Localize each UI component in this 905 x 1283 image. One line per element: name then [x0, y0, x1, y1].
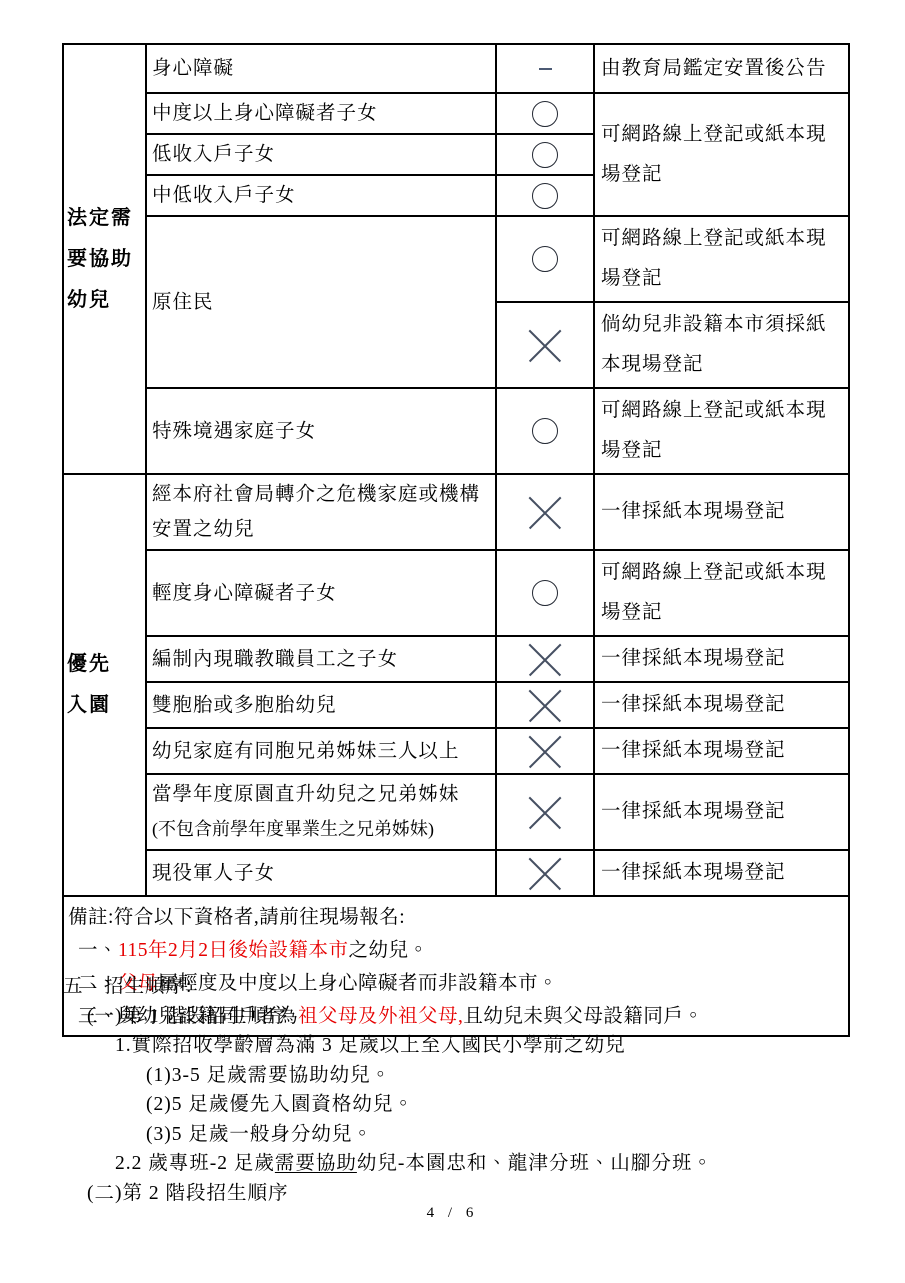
outline-line: (一)第 1 階段招生順序	[63, 1002, 713, 1032]
outline-line: (2)5 足歲優先入園資格幼兒。	[63, 1090, 713, 1120]
outline-line: 2.2 歲專班-2 足歲需要協助幼兒-本園忠和、龍津分班、山腳分班。	[63, 1149, 713, 1179]
circle-symbol-icon	[532, 580, 558, 606]
qualification-text: 雙胞胎或多胞胎幼兒	[152, 695, 337, 716]
symbol-cell	[496, 388, 594, 474]
qualification-cell: 中低收入戶子女	[146, 175, 496, 216]
table-row: 優先入園經本府社會局轉介之危機家庭或機構安置之幼兒一律採紙本現場登記	[63, 474, 849, 550]
category-label-line: 幼兒	[67, 280, 145, 321]
symbol-cell	[496, 728, 594, 774]
remark-text: 一、	[78, 940, 118, 961]
note-cell: 可網路線上登記或紙本現場登記	[594, 388, 849, 474]
qualification-text: 當學年度原園直升幼兒之兄弟姊妹	[152, 784, 460, 805]
qualification-text: 原住民	[152, 292, 214, 313]
table-row: 幼兒家庭有同胞兄弟姊妹三人以上一律採紙本現場登記	[63, 728, 849, 774]
note-cell: 由教育局鑑定安置後公告	[594, 44, 849, 93]
note-cell: 一律採紙本現場登記	[594, 682, 849, 728]
qualification-text: 身心障礙	[152, 58, 234, 79]
qualification-cell: 雙胞胎或多胞胎幼兒	[146, 682, 496, 728]
outline-text: (1)3-5 足歲需要協助幼兒。	[146, 1065, 391, 1086]
table-row: 當學年度原園直升幼兒之兄弟姊妹(不包含前學年度畢業生之兄弟姊妹)一律採紙本現場登…	[63, 774, 849, 850]
table-row: 中度以上身心障礙者子女可網路線上登記或紙本現場登記	[63, 93, 849, 134]
qualification-text: 現役軍人子女	[152, 863, 275, 884]
remark-text: 備註:符合以下資格者,請前往現場報名:	[68, 907, 405, 928]
circle-symbol-icon	[532, 246, 558, 272]
note-cell: 一律採紙本現場登記	[594, 728, 849, 774]
qualification-text: 幼兒家庭有同胞兄弟姊妹三人以上	[152, 741, 460, 762]
qualification-cell: 原住民	[146, 216, 496, 388]
note-cell: 可網路線上登記或紙本現場登記	[594, 216, 849, 302]
outline-line: 1.實際招收學齡層為滿 3 足歲以上至入國民小學前之幼兒	[63, 1031, 713, 1061]
symbol-cell	[496, 175, 594, 216]
table-row: 雙胞胎或多胞胎幼兒一律採紙本現場登記	[63, 682, 849, 728]
cross-symbol-icon	[529, 796, 561, 828]
qualification-cell: 輕度身心障礙者子女	[146, 550, 496, 636]
qualification-cell: 特殊境遇家庭子女	[146, 388, 496, 474]
outline-text: 幼兒-本園忠和、龍津分班、山腳分班。	[357, 1153, 713, 1174]
table-row: 現役軍人子女一律採紙本現場登記	[63, 850, 849, 896]
enrollment-order-section: 五、招生順序:(一)第 1 階段招生順序1.實際招收學齡層為滿 3 足歲以上至入…	[63, 972, 713, 1208]
note-cell: 可網路線上登記或紙本現場登記	[594, 550, 849, 636]
circle-symbol-icon	[532, 142, 558, 168]
outline-line: 五、招生順序:	[63, 972, 713, 1002]
outline-text: (2)5 足歲優先入園資格幼兒。	[146, 1094, 414, 1115]
note-cell: 可網路線上登記或紙本現場登記	[594, 93, 849, 216]
qualification-cell: 中度以上身心障礙者子女	[146, 93, 496, 134]
table-row: 特殊境遇家庭子女可網路線上登記或紙本現場登記	[63, 388, 849, 474]
qualification-text: 經本府社會局轉介之危機家庭或機構安置之幼兒	[152, 484, 480, 540]
qualification-cell: 幼兒家庭有同胞兄弟姊妹三人以上	[146, 728, 496, 774]
note-cell: 一律採紙本現場登記	[594, 774, 849, 850]
category-label-line: 優先	[67, 644, 145, 685]
table-row: 編制內現職教職員工之子女一律採紙本現場登記	[63, 636, 849, 682]
circle-symbol-icon	[532, 101, 558, 127]
symbol-cell	[496, 474, 594, 550]
remark-text: 之幼兒。	[349, 940, 429, 961]
cross-symbol-icon	[529, 735, 561, 767]
remark-highlight-text: 115年2月2日後始設籍本市	[118, 940, 349, 961]
symbol-cell	[496, 550, 594, 636]
remark-line: 備註:符合以下資格者,請前往現場報名:	[68, 901, 842, 934]
qualification-text: 低收入戶子女	[152, 144, 275, 165]
outline-text: 2.2 歲專班-2 足歲	[115, 1153, 275, 1174]
note-cell: 一律採紙本現場登記	[594, 850, 849, 896]
cross-symbol-icon	[529, 689, 561, 721]
table-row: 輕度身心障礙者子女可網路線上登記或紙本現場登記	[63, 550, 849, 636]
qualification-cell: 低收入戶子女	[146, 134, 496, 175]
page-number: 4 / 6	[0, 1205, 905, 1222]
cross-symbol-icon	[529, 329, 561, 361]
category-label-line: 法定需	[67, 198, 145, 239]
note-cell: 倘幼兒非設籍本市須採紙本現場登記	[594, 302, 849, 388]
outline-text: (一)第 1 階段招生順序	[87, 1006, 289, 1027]
qualification-cell: 現役軍人子女	[146, 850, 496, 896]
outline-line: (1)3-5 足歲需要協助幼兒。	[63, 1061, 713, 1091]
qualification-cell: 經本府社會局轉介之危機家庭或機構安置之幼兒	[146, 474, 496, 550]
symbol-cell	[496, 682, 594, 728]
qualification-cell: 身心障礙	[146, 44, 496, 93]
symbol-cell	[496, 44, 594, 93]
outline-line: (二)第 2 階段招生順序	[63, 1179, 713, 1209]
remark-line: 一、115年2月2日後始設籍本市之幼兒。	[68, 934, 842, 967]
symbol-cell	[496, 774, 594, 850]
symbol-cell	[496, 134, 594, 175]
qualification-text: 特殊境遇家庭子女	[152, 421, 316, 442]
qualification-text: 中度以上身心障礙者子女	[152, 103, 378, 124]
category-cell: 優先入園	[63, 474, 146, 896]
qualification-text: (不包含前學年度畢業生之兄弟姊妹)	[152, 819, 434, 839]
outline-text: 五、招生順序:	[63, 976, 192, 997]
table-row: 法定需要協助幼兒身心障礙由教育局鑑定安置後公告	[63, 44, 849, 93]
cross-symbol-icon	[529, 857, 561, 889]
qualification-cell: 編制內現職教職員工之子女	[146, 636, 496, 682]
qualification-cell: 當學年度原園直升幼兒之兄弟姊妹(不包含前學年度畢業生之兄弟姊妹)	[146, 774, 496, 850]
symbol-cell	[496, 850, 594, 896]
symbol-cell	[496, 636, 594, 682]
outline-text: (二)第 2 階段招生順序	[87, 1183, 289, 1204]
eligibility-table: 法定需要協助幼兒身心障礙由教育局鑑定安置後公告中度以上身心障礙者子女可網路線上登…	[62, 43, 850, 1037]
qualification-text: 輕度身心障礙者子女	[152, 583, 337, 604]
qualification-text: 中低收入戶子女	[152, 185, 296, 206]
eligibility-table-body: 法定需要協助幼兒身心障礙由教育局鑑定安置後公告中度以上身心障礙者子女可網路線上登…	[63, 44, 849, 1036]
outline-text: (3)5 足歲一般身分幼兒。	[146, 1124, 373, 1145]
symbol-cell	[496, 302, 594, 388]
qualification-text: 編制內現職教職員工之子女	[152, 649, 398, 670]
outline-underlined-text: 需要協助	[275, 1153, 357, 1174]
symbol-cell	[496, 93, 594, 134]
document-page: 法定需要協助幼兒身心障礙由教育局鑑定安置後公告中度以上身心障礙者子女可網路線上登…	[0, 0, 905, 1283]
symbol-cell	[496, 216, 594, 302]
note-cell: 一律採紙本現場登記	[594, 474, 849, 550]
category-label-line: 要協助	[67, 239, 145, 280]
table-row: 原住民可網路線上登記或紙本現場登記	[63, 216, 849, 302]
category-cell: 法定需要協助幼兒	[63, 44, 146, 474]
category-label-line: 入園	[67, 685, 145, 726]
note-cell: 一律採紙本現場登記	[594, 636, 849, 682]
circle-symbol-icon	[532, 418, 558, 444]
outline-line: (3)5 足歲一般身分幼兒。	[63, 1120, 713, 1150]
cross-symbol-icon	[529, 496, 561, 528]
dash-symbol-icon	[539, 68, 552, 70]
circle-symbol-icon	[532, 183, 558, 209]
cross-symbol-icon	[529, 643, 561, 675]
outline-text: 1.實際招收學齡層為滿 3 足歲以上至入國民小學前之幼兒	[115, 1035, 626, 1056]
